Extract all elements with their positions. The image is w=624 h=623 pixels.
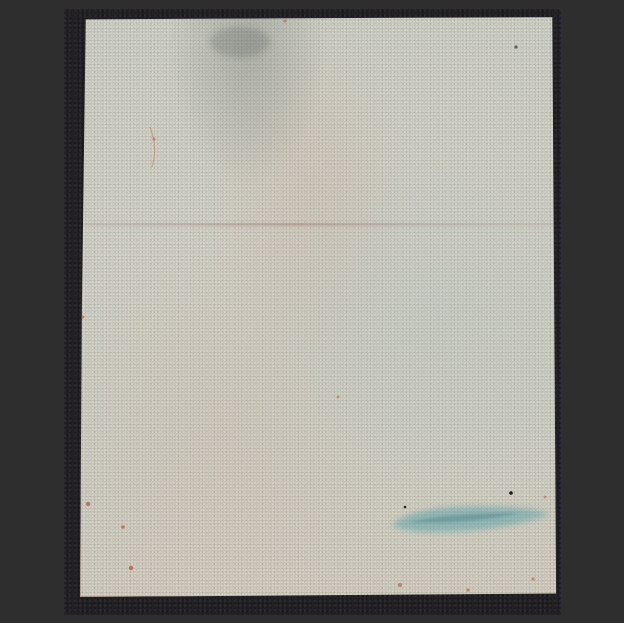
red-specks [82, 20, 547, 592]
stamp-marks [80, 17, 558, 597]
stamp-back [80, 17, 558, 597]
ink-dot [509, 491, 513, 495]
ink-dot [404, 506, 407, 509]
ink-dot [514, 45, 517, 48]
image-subject: Reverse side of an imperforate postage s… [0, 0, 1, 1]
blue-ink-streak [392, 507, 550, 532]
